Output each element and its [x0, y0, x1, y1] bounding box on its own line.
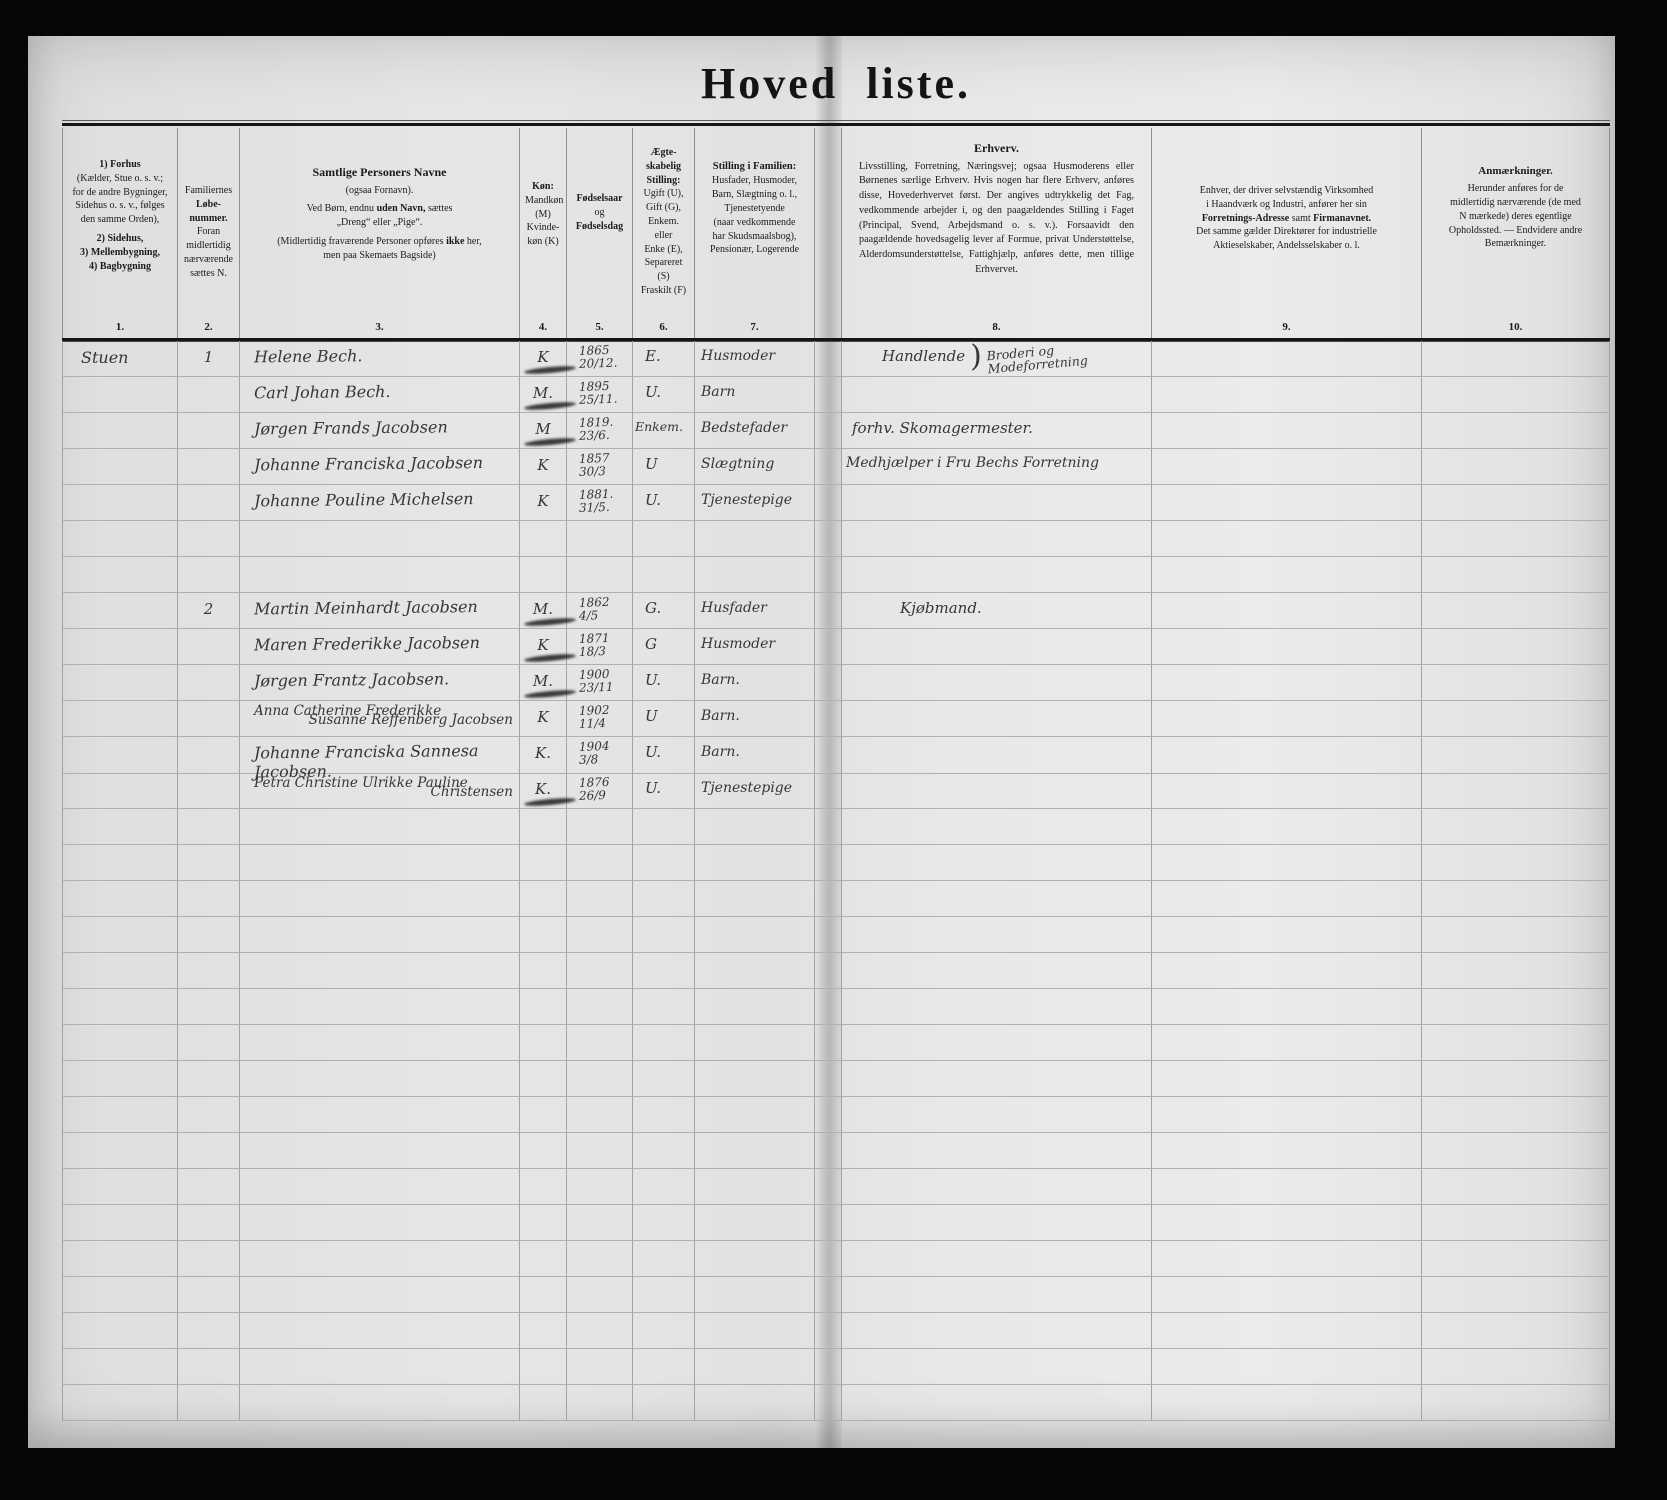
header-forretningsadresse: Enhver, der driver selvstændig Virksomhe…: [1152, 128, 1422, 338]
table-row-empty: [62, 1097, 1610, 1133]
column-number: 10.: [1422, 320, 1609, 335]
header-aegteskabelig: Ægte- skabelig Stilling: Ugift (U), Gift…: [633, 128, 695, 338]
cell-name: Johanne Franciska Sannesa Jacobsen.: [240, 737, 520, 774]
cell-family-position: Slægtning: [695, 449, 815, 485]
cell-sex: M.: [520, 377, 567, 413]
table-row: Jørgen Frands Jacobsen M 1819.23/6. Enke…: [62, 413, 1610, 449]
cell-occupation: [842, 665, 1152, 701]
cell-occupation: [842, 737, 1152, 774]
cell-sex: K.: [520, 737, 567, 774]
table-row-empty: [62, 1241, 1610, 1277]
cell-sex: K.: [520, 773, 567, 809]
cell-family-number: [178, 773, 240, 809]
cell-family-position: Barn.: [695, 701, 815, 737]
cell-name: Anna Catherine FrederikkeSusanne Reffenb…: [240, 701, 520, 737]
cell-name: Martin Meinhardt Jacobsen: [240, 593, 520, 629]
cell-remarks: [1422, 665, 1610, 701]
cell-remarks: [1422, 341, 1610, 377]
page-title: Hoved liste.: [62, 58, 1610, 109]
cell-name: Carl Johan Bech.: [240, 377, 520, 413]
scanned-census-spread: Hoved liste. 1) Forhus (Kælder, Stue o. …: [0, 0, 1667, 1500]
table-row-empty: [62, 1205, 1610, 1241]
cell-remarks: [1422, 593, 1610, 629]
cell-name: Maren Frederikke Jacobsen: [240, 629, 520, 665]
table-row-empty: [62, 1349, 1610, 1385]
cell-occupation: [842, 629, 1152, 665]
cell-name: Jørgen Frands Jacobsen: [240, 413, 520, 449]
cell-occupation: [842, 485, 1152, 521]
cell-remarks: [1422, 737, 1610, 774]
cell-business-address: [1152, 593, 1422, 629]
table-row-empty: [62, 1169, 1610, 1205]
person-name: Helene Bech.: [254, 345, 519, 367]
cell-birthdate: 190023/11: [567, 665, 633, 701]
census-table: 1) Forhus (Kælder, Stue o. s. v.; for de…: [62, 128, 1610, 1421]
table-row-empty: [62, 1313, 1610, 1349]
header-forhus: 1) Forhus (Kælder, Stue o. s. v.; for de…: [62, 128, 178, 338]
header-stilling-familien: Stilling i Familien: Husfader, Husmoder,…: [695, 128, 815, 338]
person-name: Johanne Franciska Jacobsen: [254, 453, 519, 475]
cell-family-position: Barn: [695, 377, 815, 413]
person-name: Maren Frederikke Jacobsen: [254, 633, 519, 655]
cell-occupation: Kjøbmand.: [842, 593, 1152, 629]
gutter-column: [815, 128, 842, 338]
cell-name: Jørgen Frantz Jacobsen.: [240, 665, 520, 701]
header-kon: Køn: Mandkøn (M) Kvinde- køn (K) 4.: [520, 128, 567, 338]
cell-business-address: [1152, 413, 1422, 449]
cell-birthdate: 1881.31/5.: [567, 485, 633, 521]
header-navne: Samtlige Personers Navne (ogsaa Fornavn)…: [240, 128, 520, 338]
table-row-empty: [62, 845, 1610, 881]
brace-mark: ): [970, 345, 982, 369]
cell-remarks: [1422, 377, 1610, 413]
table-row-empty: [62, 1133, 1610, 1169]
column-number: 3.: [240, 320, 519, 335]
cell-marital-status: U.: [633, 485, 695, 521]
cell-family-position: Husmoder: [695, 341, 815, 377]
cell-family-number: [178, 449, 240, 485]
cell-marital-status: G: [633, 629, 695, 665]
cell-business-address: [1152, 701, 1422, 737]
table-row: Johanne Pouline Michelsen K 1881.31/5. U…: [62, 485, 1610, 521]
column-number: 7.: [695, 320, 814, 335]
cell-marital-status: U.: [633, 377, 695, 413]
cell-name: Helene Bech.: [240, 341, 520, 377]
cell-family-position: Husmoder: [695, 629, 815, 665]
table-row-empty: [62, 1061, 1610, 1097]
column-number: 8.: [842, 320, 1151, 335]
table-row: 2 Martin Meinhardt Jacobsen M. 18624/5 G…: [62, 593, 1610, 629]
column-number: 6.: [633, 320, 694, 335]
person-name: Jørgen Frantz Jacobsen.: [254, 669, 519, 691]
cell-birthdate: 189525/11.: [567, 377, 633, 413]
table-row: Anna Catherine FrederikkeSusanne Reffenb…: [62, 701, 1610, 737]
cell-business-address: [1152, 341, 1422, 377]
header-erhverv: Erhverv. Livsstilling, Forretning, Nærin…: [842, 128, 1152, 338]
header-lobenummer: Familiernes Løbe- nummer. Foran midlerti…: [178, 128, 240, 338]
cell-family-number: [178, 413, 240, 449]
cell-sex: K: [520, 341, 567, 377]
cell-marital-status: E.: [633, 341, 695, 377]
cell-family-number: [178, 485, 240, 521]
cell-name: Johanne Franciska Jacobsen: [240, 449, 520, 485]
table-row: Jørgen Frantz Jacobsen. M. 190023/11 U. …: [62, 665, 1610, 701]
table-row-empty: [62, 917, 1610, 953]
table-row: Petra Christine Ulrikke PaulineChristens…: [62, 773, 1610, 809]
cell-birthdate: 1819.23/6.: [567, 413, 633, 449]
cell-dwelling: [62, 377, 178, 413]
cell-business-address: [1152, 485, 1422, 521]
column-number: 2.: [178, 320, 239, 335]
cell-business-address: [1152, 377, 1422, 413]
table-row-empty: [62, 557, 1610, 593]
cell-business-address: [1152, 665, 1422, 701]
cell-family-number: [178, 701, 240, 737]
column-number: 1.: [63, 320, 177, 335]
cell-family-position: Husfader: [695, 593, 815, 629]
cell-marital-status: G.: [633, 593, 695, 629]
person-name: Carl Johan Bech.: [254, 381, 519, 403]
cell-name: Petra Christine Ulrikke PaulineChristens…: [240, 773, 520, 809]
header-anmaerkninger: Anmærkninger. Herunder anføres for de mi…: [1422, 128, 1610, 338]
cell-dwelling: [62, 413, 178, 449]
cell-marital-status: Enkem.: [633, 413, 695, 449]
cell-dwelling: [62, 449, 178, 485]
person-name: Johanne Pouline Michelsen: [254, 489, 519, 511]
cell-marital-status: U.: [633, 773, 695, 809]
cell-sex: M: [520, 413, 567, 449]
cell-sex: K: [520, 629, 567, 665]
cell-marital-status: U: [633, 449, 695, 485]
cell-family-position: Tjenestepige: [695, 773, 815, 809]
cell-birthdate: 186520/12.: [567, 341, 633, 377]
cell-family-number: 1: [178, 341, 240, 377]
person-name: Martin Meinhardt Jacobsen: [254, 597, 519, 619]
cell-marital-status: U.: [633, 665, 695, 701]
cell-dwelling: Stuen: [62, 341, 178, 377]
table-row: Carl Johan Bech. M. 189525/11. U. Barn: [62, 377, 1610, 413]
table-row-empty: [62, 953, 1610, 989]
cell-remarks: [1422, 485, 1610, 521]
cell-sex: M.: [520, 665, 567, 701]
table-header: 1) Forhus (Kælder, Stue o. s. v.; for de…: [62, 128, 1610, 341]
person-name: Jørgen Frands Jacobsen: [254, 417, 519, 439]
cell-family-number: [178, 629, 240, 665]
cell-occupation: forhv. Skomagermester.: [842, 413, 1152, 449]
cell-dwelling: [62, 701, 178, 737]
cell-remarks: [1422, 629, 1610, 665]
column-number: 4.: [520, 320, 566, 335]
table-row: Stuen 1 Helene Bech. K 186520/12. E. Hus…: [62, 341, 1610, 377]
cell-remarks: [1422, 413, 1610, 449]
cell-business-address: [1152, 449, 1422, 485]
cell-business-address: [1152, 773, 1422, 809]
cell-birthdate: 19043/8: [567, 737, 633, 774]
table-row: Johanne Franciska Jacobsen K 185730/3 U …: [62, 449, 1610, 485]
cell-family-number: [178, 737, 240, 774]
cell-dwelling: [62, 665, 178, 701]
header-fodselsaar: Fødselsaar og Fødselsdag 5.: [567, 128, 633, 338]
cell-birthdate: 18624/5: [567, 593, 633, 629]
cell-birthdate: 190211/4: [567, 701, 633, 737]
table-row-empty: [62, 1277, 1610, 1313]
column-number: 9.: [1152, 320, 1421, 335]
cell-marital-status: U: [633, 701, 695, 737]
cell-occupation: [842, 377, 1152, 413]
table-row-empty: [62, 881, 1610, 917]
cell-sex: K: [520, 485, 567, 521]
cell-birthdate: 187626/9: [567, 773, 633, 809]
cell-dwelling: [62, 737, 178, 774]
cell-dwelling: [62, 629, 178, 665]
table-row: Johanne Franciska Sannesa Jacobsen. K. 1…: [62, 737, 1610, 773]
cell-sex: M.: [520, 593, 567, 629]
cell-family-position: Bedstefader: [695, 413, 815, 449]
cell-occupation: Handlende)Broderi og Modeforretning: [842, 341, 1152, 377]
table-row-empty: [62, 809, 1610, 845]
cell-family-position: Barn.: [695, 665, 815, 701]
cell-remarks: [1422, 449, 1610, 485]
table-row-empty: [62, 521, 1610, 557]
cell-marital-status: U.: [633, 737, 695, 774]
cell-family-position: Tjenestepige: [695, 485, 815, 521]
cell-family-position: Barn.: [695, 737, 815, 774]
cell-dwelling: [62, 773, 178, 809]
table-row-empty: [62, 1385, 1610, 1421]
cell-business-address: [1152, 629, 1422, 665]
column-number: 5.: [567, 320, 632, 335]
cell-occupation: [842, 701, 1152, 737]
cell-dwelling: [62, 485, 178, 521]
cell-family-number: 2: [178, 593, 240, 629]
cell-name: Johanne Pouline Michelsen: [240, 485, 520, 521]
cell-birthdate: 187118/3: [567, 629, 633, 665]
cell-sex: K: [520, 701, 567, 737]
cell-remarks: [1422, 701, 1610, 737]
cell-family-number: [178, 377, 240, 413]
table-row-empty: [62, 989, 1610, 1025]
cell-dwelling: [62, 593, 178, 629]
table-row-empty: [62, 1025, 1610, 1061]
cell-remarks: [1422, 773, 1610, 809]
title-divider: [62, 120, 1610, 126]
cell-occupation: [842, 773, 1152, 809]
cell-sex: K: [520, 449, 567, 485]
table-body: Stuen 1 Helene Bech. K 186520/12. E. Hus…: [62, 341, 1610, 1421]
table-row: Maren Frederikke Jacobsen K 187118/3 G H…: [62, 629, 1610, 665]
census-page: Hoved liste. 1) Forhus (Kælder, Stue o. …: [28, 36, 1615, 1448]
cell-occupation: Medhjælper i Fru Bechs Forretning: [842, 449, 1152, 485]
cell-birthdate: 185730/3: [567, 449, 633, 485]
cell-business-address: [1152, 737, 1422, 774]
cell-family-number: [178, 665, 240, 701]
